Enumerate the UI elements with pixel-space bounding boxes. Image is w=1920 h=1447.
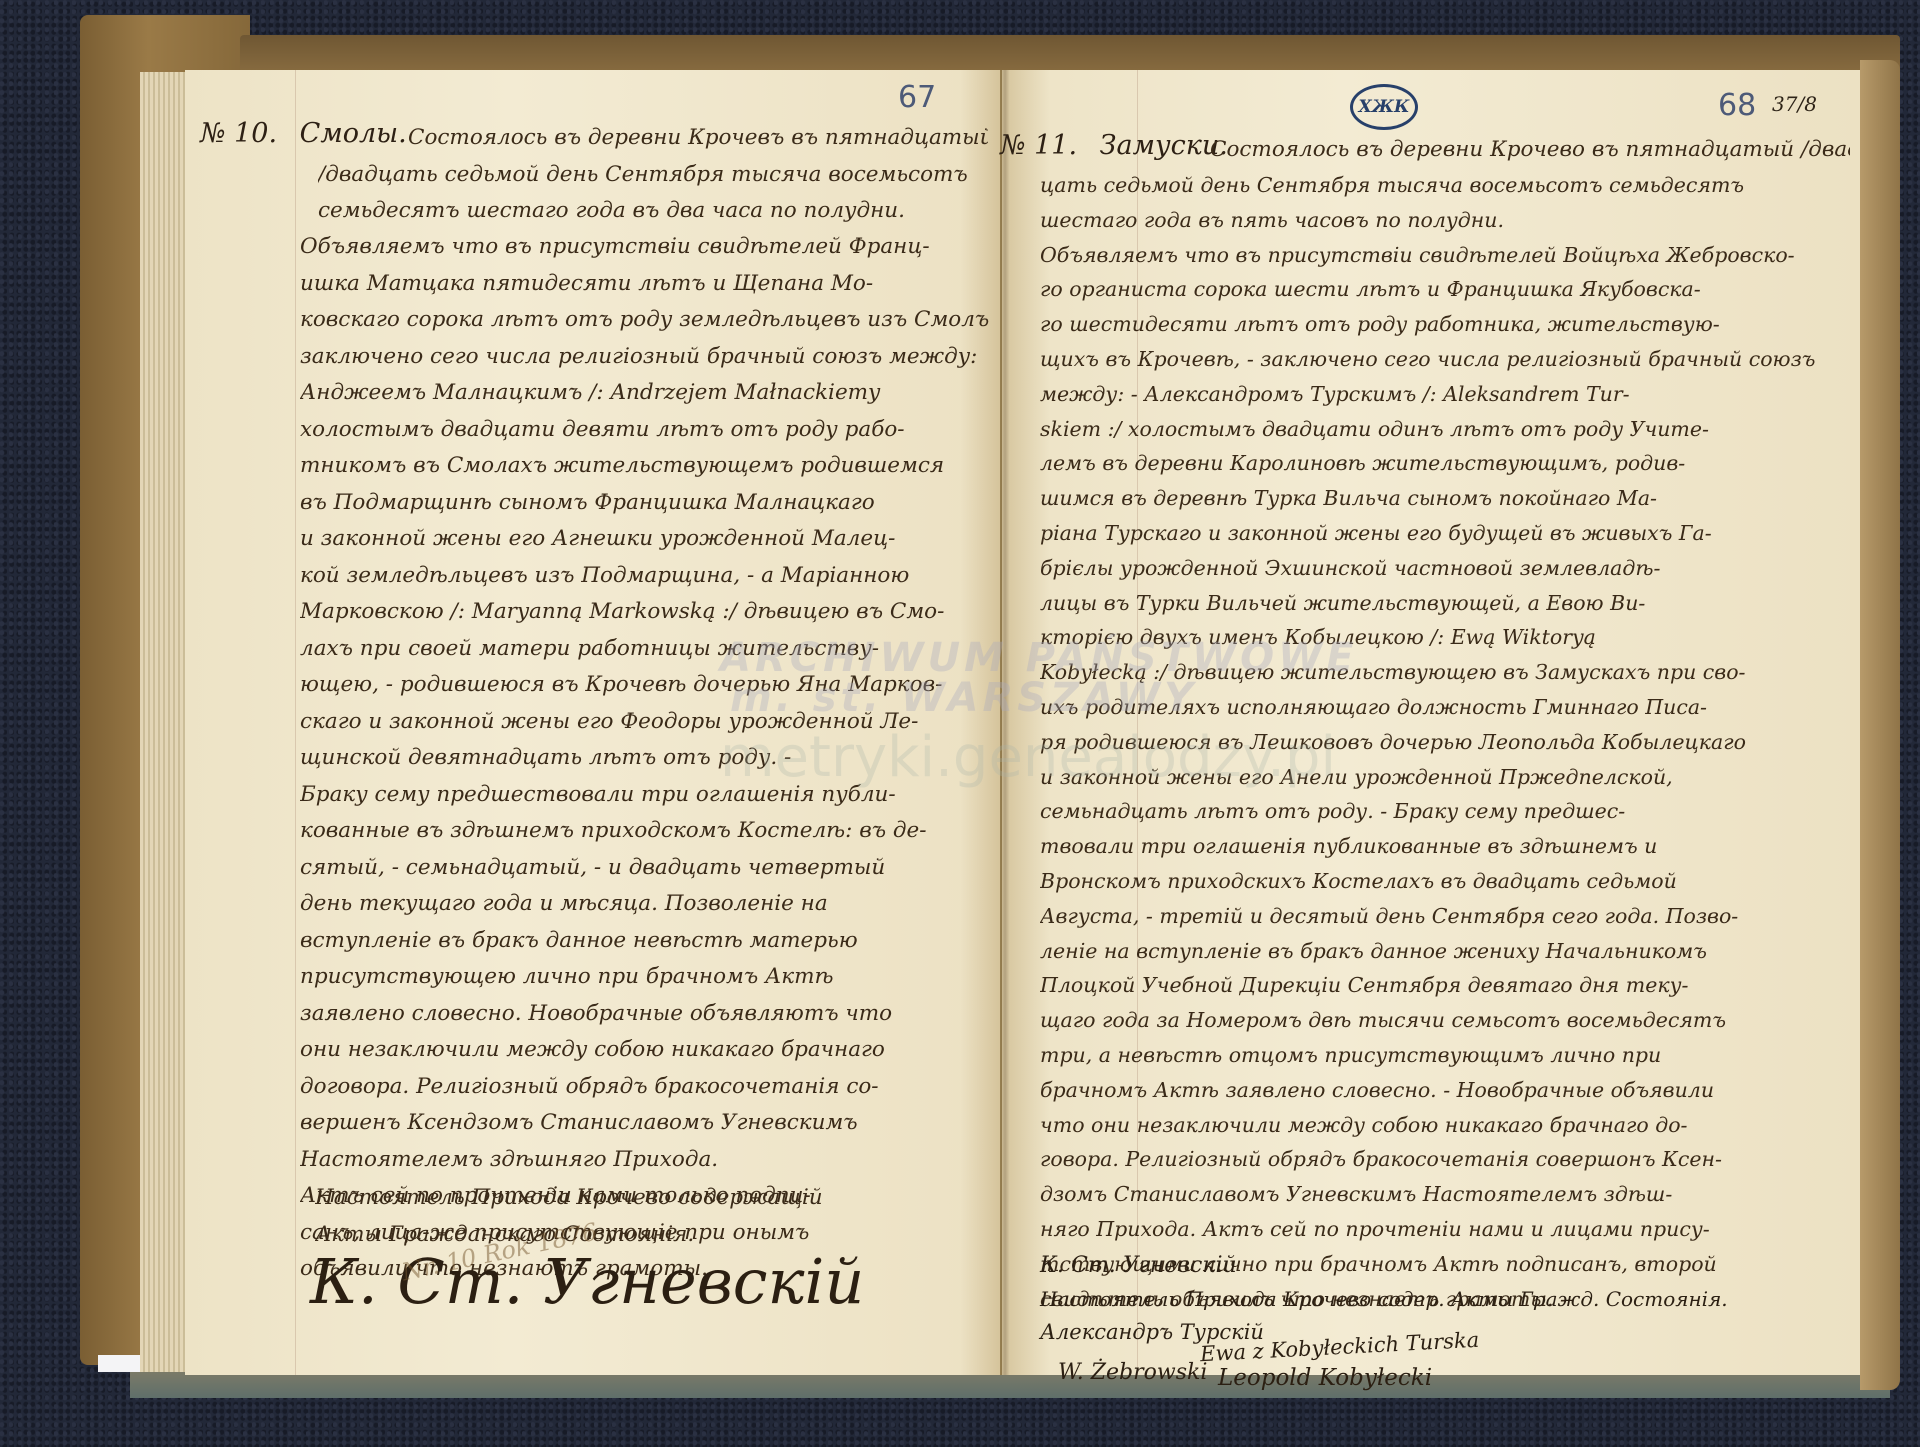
text-line: няго Прихода. Актъ сей по прочтеніи нами… bbox=[1040, 1212, 1850, 1247]
text-line: три, а невѣстѣ отцомъ присутствующимъ ли… bbox=[1040, 1038, 1850, 1073]
entry-text-left: Состоялось въ деревни Крочевъ въ пятнадц… bbox=[318, 120, 988, 230]
text-line: договора. Религіозный обрядъ бракосочета… bbox=[300, 1069, 990, 1106]
text-line: что они незаключили между собою никакаго… bbox=[1040, 1108, 1850, 1143]
text-line: skiem :/ холостымъ двадцати одинъ лѣтъ о… bbox=[1040, 412, 1850, 447]
text-line: ріана Турскаго и законной жены его будущ… bbox=[1040, 516, 1850, 551]
text-line: леніе на вступленіе въ бракъ данное жени… bbox=[1040, 934, 1850, 969]
text-line: семьдесятъ шестаго года въ два часа по п… bbox=[318, 193, 988, 230]
entry-number: № 10. bbox=[200, 118, 277, 149]
text-line: вершенъ Ксендзомъ Станиславомъ Угневским… bbox=[300, 1105, 990, 1142]
text-line: вступленіе въ бракъ данное невѣстѣ матер… bbox=[300, 923, 990, 960]
watermark-site: metryki.genealodzy.pl bbox=[720, 725, 1336, 790]
text-line: щаго года за Номеромъ двѣ тысячи семьсот… bbox=[1040, 1003, 1850, 1038]
text-line: шимся въ деревнѣ Турка Вильча сыномъ пок… bbox=[1040, 481, 1850, 516]
text-line: заключено сего числа религіозный брачный… bbox=[300, 339, 990, 376]
text-line: холостымъ двадцати девяти лѣтъ отъ роду … bbox=[300, 412, 990, 449]
text-line: въ Подмарщинѣ сыномъ Францишка Малнацкаг… bbox=[300, 485, 990, 522]
page-number-right: 68 bbox=[1718, 88, 1756, 123]
text-line: Анджеемъ Малнацкимъ /: Andrzejem Małnack… bbox=[300, 375, 990, 412]
text-line: Марковскою /: Maryanną Markowską :/ дѣви… bbox=[300, 594, 990, 631]
entry-text-right-first: Состоялось въ деревни Крочево въ пятнадц… bbox=[1210, 132, 1850, 169]
text-line: семьнадцать лѣтъ отъ роду. - Браку сему … bbox=[1040, 794, 1850, 829]
text-line: Вронскомъ приходскихъ Костелахъ въ двадц… bbox=[1040, 864, 1850, 899]
text-line: дзомъ Станиславомъ Угневскимъ Настоятеле… bbox=[1040, 1177, 1850, 1212]
entry-heading-right: № 11. Замуски. bbox=[1000, 130, 1228, 161]
text-line: между: - Александромъ Турскимъ /: Aleksa… bbox=[1040, 377, 1850, 412]
priest-signature-left: К. Ст. Угневскій bbox=[310, 1245, 864, 1318]
entry-number: № 11. bbox=[1000, 130, 1077, 161]
priest-title-right: Настоятель Прихода Крочево содер. Акты Г… bbox=[1040, 1287, 1728, 1311]
book-cover-right-edge bbox=[1860, 60, 1900, 1390]
text-line: лицы въ Турки Вильчей жительствующей, а … bbox=[1040, 586, 1850, 621]
margin-line bbox=[295, 70, 296, 1375]
text-line: ишка Матцака пятидесяти лѣтъ и Щепана Мо… bbox=[300, 266, 990, 303]
text-line: тникомъ въ Смолахъ жительствующемъ родив… bbox=[300, 448, 990, 485]
text-line: брачномъ Актѣ заявлено словесно. - Новоб… bbox=[1040, 1073, 1850, 1108]
text-line: цать седьмой день Сентября тысяча восемь… bbox=[1040, 168, 1850, 203]
text-line: заявлено словесно. Новобрачные объявляют… bbox=[300, 996, 990, 1033]
text-line: сятый, - семьнадцатый, - и двадцать четв… bbox=[300, 850, 990, 887]
text-line: го шестидесяти лѣтъ отъ роду работника, … bbox=[1040, 307, 1850, 342]
text-line: кованные въ здѣшнемъ приходскомъ Костелѣ… bbox=[300, 813, 990, 850]
text-line: они незаключили между собою никакаго бра… bbox=[300, 1032, 990, 1069]
page-number-left: 67 bbox=[898, 80, 936, 115]
text-line: Состоялось въ деревни Крочевъ въ пятнадц… bbox=[318, 120, 988, 157]
text-line: присутствующею лично при брачномъ Актѣ bbox=[300, 959, 990, 996]
priest-signature-right: К. Ст. Угневскій bbox=[1040, 1253, 1237, 1278]
closing-left: Настоятель Прихода Крочево содержащій Ак… bbox=[315, 1180, 965, 1253]
watermark-warsaw: m. st. WARSZAWY bbox=[730, 675, 1197, 721]
closing-line: Настоятель Прихода Крочево содержащій bbox=[315, 1180, 965, 1217]
text-line: Августа, - третій и десятый день Сентябр… bbox=[1040, 899, 1850, 934]
text-line: щихъ въ Крочевѣ, - заключено сего числа … bbox=[1040, 342, 1850, 377]
text-line: день текущаго года и мѣсяца. Позволеніе … bbox=[300, 886, 990, 923]
text-line: лемъ въ деревни Каролиновѣ жительствующи… bbox=[1040, 446, 1850, 481]
text-line: Состоялось въ деревни Крочево въ пятнадц… bbox=[1210, 132, 1850, 169]
text-line: брієлы урожденной Эхшинской частновой зе… bbox=[1040, 551, 1850, 586]
text-line: го органиста сорока шести лѣтъ и Франциш… bbox=[1040, 272, 1850, 307]
text-line: Объявляемъ что въ присутствіи свидѣтелей… bbox=[300, 229, 990, 266]
text-line: кой земледѣльцевъ изъ Подмарщина, - а Ма… bbox=[300, 558, 990, 595]
text-line: твовали три оглашенія публикованные въ з… bbox=[1040, 829, 1850, 864]
text-line: ковскаго сорока лѣтъ отъ роду земледѣльц… bbox=[300, 302, 990, 339]
father-signature: Leopold Kobyłecki bbox=[1218, 1365, 1432, 1391]
page-stack-edge bbox=[140, 72, 185, 1372]
text-line: шестаго года въ пять часовъ по полудни. bbox=[1040, 203, 1850, 238]
stamp-text: ХЖК bbox=[1359, 97, 1410, 117]
archive-stamp: ХЖК bbox=[1350, 84, 1418, 130]
entry-surname: Замуски. bbox=[1100, 130, 1228, 161]
witness-signature: W. Żebrowski bbox=[1058, 1360, 1207, 1385]
text-line: Объявляемъ что въ присутствіи свидѣтелей… bbox=[1040, 238, 1850, 273]
text-line: говора. Религіозный обрядъ бракосочетані… bbox=[1040, 1142, 1850, 1177]
text-line: и законной жены его Агнешки урожденной М… bbox=[300, 521, 990, 558]
text-line: /двадцать седьмой день Сентября тысяча в… bbox=[318, 157, 988, 194]
text-line: Плоцкой Учебной Дирекціи Сентября девята… bbox=[1040, 968, 1850, 1003]
folio-mark: 37/8 bbox=[1772, 92, 1817, 116]
text-line: Настоятелемъ здѣшняго Прихода. bbox=[300, 1142, 990, 1179]
